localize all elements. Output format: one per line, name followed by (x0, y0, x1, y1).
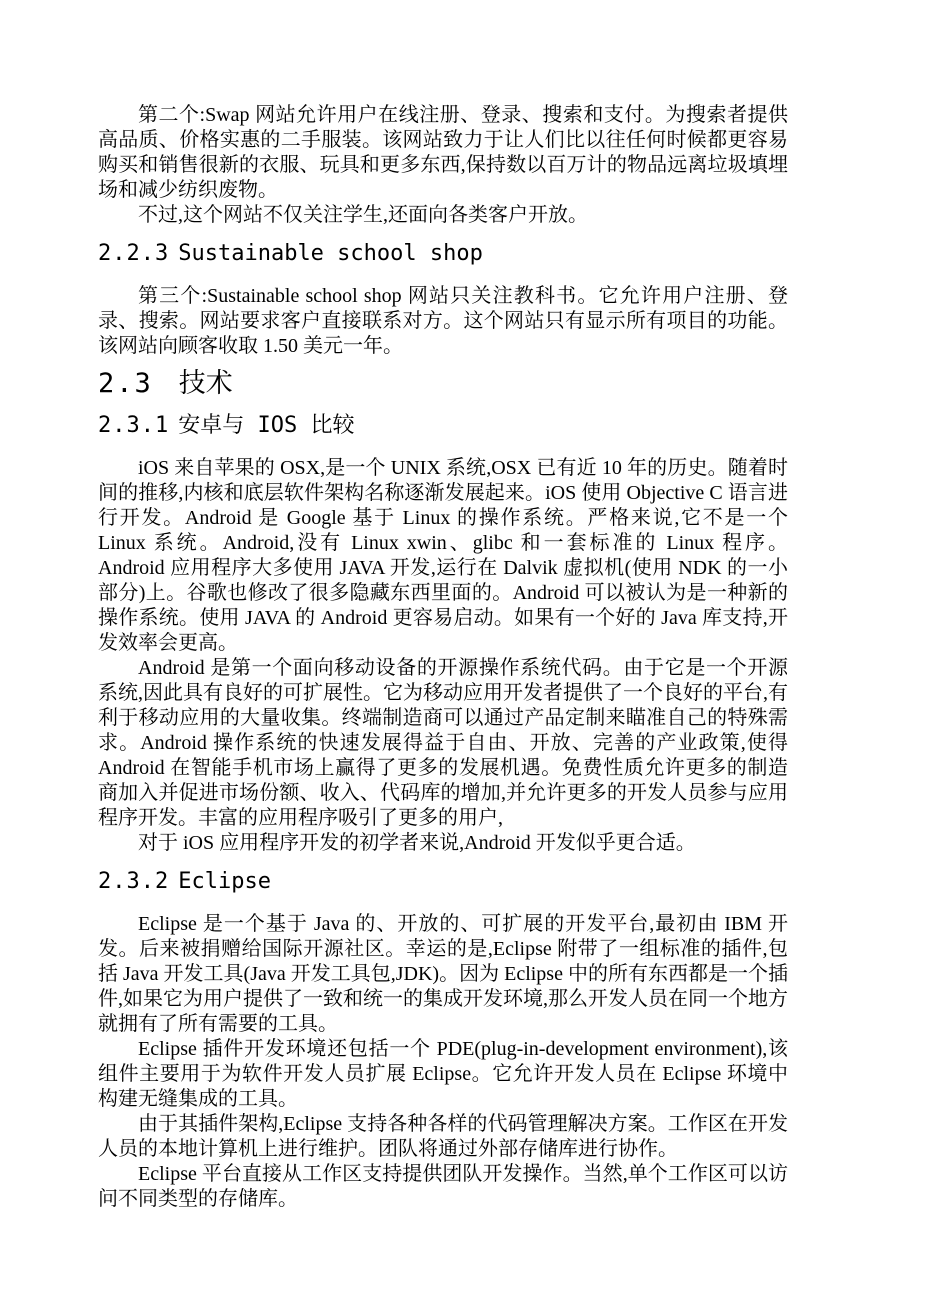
heading-number: 2.3 (98, 368, 153, 399)
paragraph-eclipse-workspace: Eclipse 平台直接从工作区支持提供团队开发操作。当然,单个工作区可以访问不… (98, 1162, 788, 1212)
heading-title: Eclipse (178, 869, 271, 894)
paragraph-eclipse-plugins: 由于其插件架构,Eclipse 支持各种各样的代码管理解决方案。工作区在开发人员… (98, 1112, 788, 1162)
paragraph-swap-note: 不过,这个网站不仅关注学生,还面向各类客户开放。 (98, 203, 788, 228)
paragraph-android-open-source: Android 是第一个面向移动设备的开源操作系统代码。由于它是一个开源系统,因… (98, 656, 788, 831)
heading-number: 2.2.3 (98, 241, 169, 266)
paragraph-eclipse-intro: Eclipse 是一个基于 Java 的、开放的、可扩展的开发平台,最初由 IB… (98, 912, 788, 1037)
heading-number: 2.3.1 (98, 413, 169, 438)
section-heading-2-3-2: 2.3.2Eclipse (98, 868, 788, 895)
paragraph-beginner-advice: 对于 iOS 应用程序开发的初学者来说,Android 开发似乎更合适。 (98, 831, 788, 856)
section-heading-2-3: 2.3技术 (98, 368, 788, 400)
heading-title: Sustainable school shop (178, 241, 483, 266)
heading-title: 技术 (179, 368, 233, 399)
heading-title: 安卓与 IOS 比较 (178, 413, 354, 438)
heading-number: 2.3.2 (98, 869, 169, 894)
paragraph-swap-site: 第二个:Swap 网站允许用户在线注册、登录、搜索和支付。为搜索者提供高品质、价… (98, 103, 788, 203)
paragraph-eclipse-pde: Eclipse 插件开发环境还包括一个 PDE(plug-in-developm… (98, 1037, 788, 1112)
paragraph-ios-android: iOS 来自苹果的 OSX,是一个 UNIX 系统,OSX 已有近 10 年的历… (98, 456, 788, 656)
paragraph-sustainable-shop: 第三个:Sustainable school shop 网站只关注教科书。它允许… (98, 284, 788, 359)
document-page: 第二个:Swap 网站允许用户在线注册、登录、搜索和支付。为搜索者提供高品质、价… (0, 0, 926, 1309)
document-content: 第二个:Swap 网站允许用户在线注册、登录、搜索和支付。为搜索者提供高品质、价… (98, 103, 788, 1212)
section-heading-2-2-3: 2.2.3Sustainable school shop (98, 240, 788, 267)
section-heading-2-3-1: 2.3.1安卓与 IOS 比较 (98, 412, 788, 439)
